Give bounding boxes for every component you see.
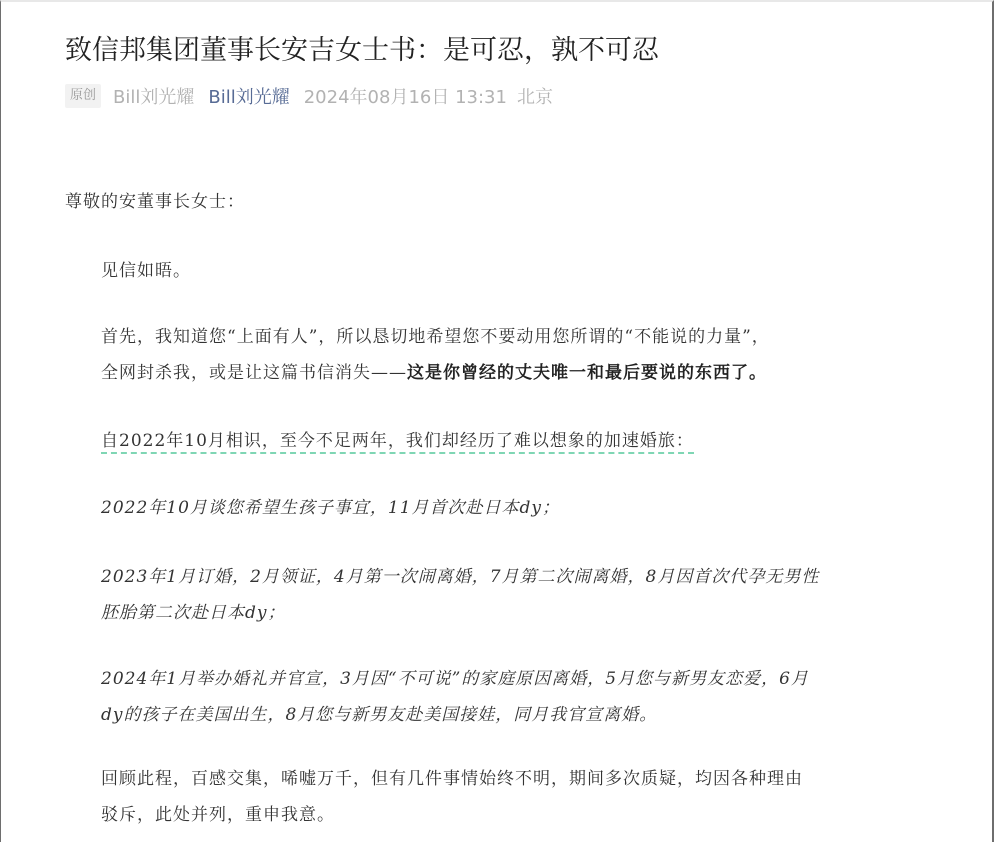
paragraph-greeting: 见信如晤。 bbox=[101, 253, 191, 289]
highlighted-sentence[interactable]: 自2022年10月相识，至今不足两年，我们却经历了难以想象的加速婚旅： bbox=[101, 431, 694, 454]
author-name: Bill刘光耀 bbox=[113, 83, 194, 109]
paragraph-reflection-line2: 驳斥，此处并列，重申我意。 bbox=[101, 797, 335, 833]
original-badge: 原创 bbox=[65, 84, 101, 108]
salutation: 尊敬的安董事长女士： bbox=[65, 184, 245, 220]
paragraph-request-line1: 首先，我知道您“上面有人”，所以恳切地希望您不要动用您所谓的“不能说的力量”， bbox=[101, 319, 770, 355]
article-meta: 原创 Bill刘光耀 Bill刘光耀 2024年08月16日 13:31 北京 bbox=[65, 83, 553, 109]
article-title: 致信邦集团董事长安吉女士书：是可忍，孰不可忍 bbox=[65, 28, 659, 67]
timeline-2022: 2022年10月谈您希望生孩子事宜，11月首次赴日本dy； bbox=[101, 490, 560, 526]
paragraph-reflection-line1: 回顾此程，百感交集，唏嘘万千，但有几件事情始终不明，期间多次质疑，均因各种理由 bbox=[101, 761, 803, 797]
timeline-2023-line1: 2023年1月订婚，2月领证，4月第一次闹离婚，7月第二次闹离婚，8月因首次代孕… bbox=[101, 559, 819, 595]
paragraph-request-bold: 这是你曾经的丈夫唯一和最后要说的东西了。 bbox=[407, 363, 767, 383]
timeline-2023-line2: 胚胎第二次赴日本dy； bbox=[101, 595, 286, 631]
timeline-2024-line2: dy的孩子在美国出生，8月您与新男友赴美国接娃，同月我官宣离婚。 bbox=[101, 697, 657, 733]
account-link[interactable]: Bill刘光耀 bbox=[208, 83, 289, 109]
paragraph-timeline-intro: 自2022年10月相识，至今不足两年，我们却经历了难以想象的加速婚旅： bbox=[101, 423, 694, 459]
publish-datetime: 2024年08月16日 13:31 bbox=[304, 83, 507, 109]
publish-location: 北京 bbox=[517, 83, 553, 109]
paragraph-request-normal: 全网封杀我，或是让这篇书信消失—— bbox=[101, 363, 407, 383]
timeline-2024-line1: 2024年1月举办婚礼并官宣，3月因“不可说”的家庭原因离婚，5月您与新男友恋爱… bbox=[101, 661, 809, 697]
paragraph-request-line2: 全网封杀我，或是让这篇书信消失——这是你曾经的丈夫唯一和最后要说的东西了。 bbox=[101, 355, 767, 391]
